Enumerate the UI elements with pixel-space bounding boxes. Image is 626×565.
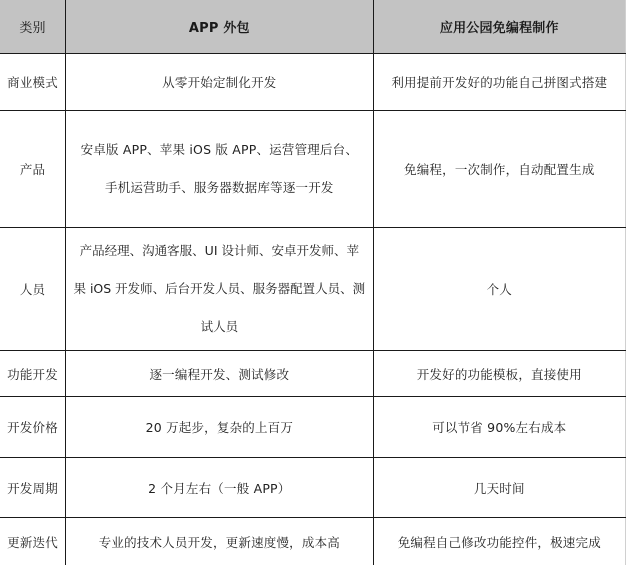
comparison-table: 类别 APP 外包 应用公园免编程制作 商业模式 从零开始定制化开发 利用提前开… (0, 0, 626, 565)
table-row-dev-cycle: 开发周期 2 个月左右（一般 APP） 几天时间 (0, 458, 626, 518)
appark-cell: 可以节省 90%左右成本 (373, 397, 625, 458)
appark-cell: 个人 (373, 228, 625, 351)
cell-line: 手机运营助手、服务器数据库等逐一开发 (69, 169, 369, 207)
header-appark-no-code: 应用公园免编程制作 (373, 0, 625, 54)
table-row-feature-dev: 功能开发 逐一编程开发、测试修改 开发好的功能模板，直接使用 (0, 351, 626, 397)
appark-cell: 免编程，一次制作，自动配置生成 (373, 111, 625, 228)
header-category: 类别 (0, 0, 66, 54)
appark-cell: 几天时间 (373, 458, 625, 518)
cell-line: 果 iOS 开发师、后台开发人员、服务器配置人员、测 (68, 270, 370, 308)
outsourcing-cell: 从零开始定制化开发 (66, 54, 373, 111)
outsourcing-cell: 专业的技术人员开发，更新速度慢，成本高 (66, 518, 373, 565)
table-row-staff: 人员 产品经理、沟通客服、UI 设计师、安卓开发师、苹 果 iOS 开发师、后台… (0, 228, 626, 351)
outsourcing-cell: 产品经理、沟通客服、UI 设计师、安卓开发师、苹 果 iOS 开发师、后台开发人… (66, 228, 373, 351)
row-label: 功能开发 (0, 351, 66, 397)
table-row-business-model: 商业模式 从零开始定制化开发 利用提前开发好的功能自己拼图式搭建 (0, 54, 626, 111)
row-label: 开发价格 (0, 397, 66, 458)
appark-cell: 免编程自己修改功能控件，极速完成 (373, 518, 625, 565)
outsourcing-cell: 安卓版 APP、苹果 iOS 版 APP、运营管理后台、 手机运营助手、服务器数… (66, 111, 373, 228)
cell-line: 安卓版 APP、苹果 iOS 版 APP、运营管理后台、 (69, 131, 369, 169)
row-label: 开发周期 (0, 458, 66, 518)
row-label: 产品 (0, 111, 66, 228)
row-label: 人员 (0, 228, 66, 351)
appark-cell: 开发好的功能模板，直接使用 (373, 351, 625, 397)
header-app-outsourcing: APP 外包 (66, 0, 373, 54)
row-label: 更新迭代 (0, 518, 66, 565)
appark-cell: 利用提前开发好的功能自己拼图式搭建 (373, 54, 625, 111)
outsourcing-cell: 逐一编程开发、测试修改 (66, 351, 373, 397)
header-row: 类别 APP 外包 应用公园免编程制作 (0, 0, 626, 54)
table-row-update-iteration: 更新迭代 专业的技术人员开发，更新速度慢，成本高 免编程自己修改功能控件，极速完… (0, 518, 626, 565)
outsourcing-cell: 2 个月左右（一般 APP） (66, 458, 373, 518)
row-label: 商业模式 (0, 54, 66, 111)
cell-line: 试人员 (68, 308, 370, 346)
outsourcing-cell: 20 万起步，复杂的上百万 (66, 397, 373, 458)
table-row-product: 产品 安卓版 APP、苹果 iOS 版 APP、运营管理后台、 手机运营助手、服… (0, 111, 626, 228)
cell-line: 产品经理、沟通客服、UI 设计师、安卓开发师、苹 (68, 232, 370, 270)
table-row-dev-price: 开发价格 20 万起步，复杂的上百万 可以节省 90%左右成本 (0, 397, 626, 458)
